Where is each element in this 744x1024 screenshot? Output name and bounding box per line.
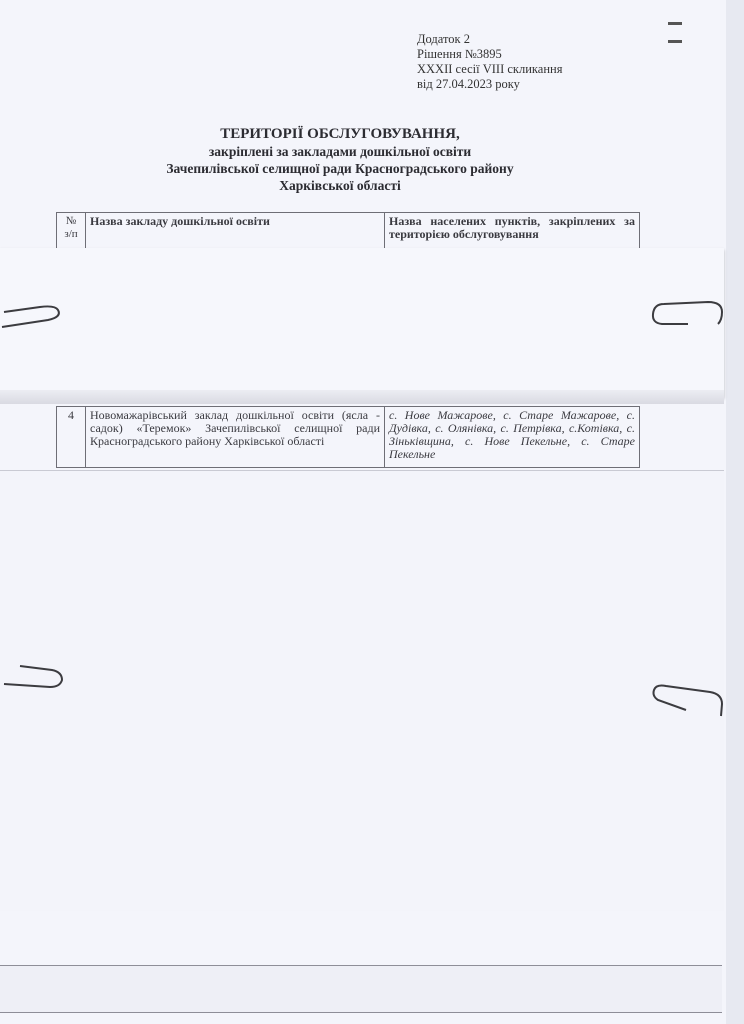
header-settlements: Назва населених пунктів, закріплених за … bbox=[385, 213, 640, 250]
title-line-4: Харківської області bbox=[60, 177, 620, 194]
settlements-list: с. Нове Мажарове, с. Старе Мажарове, с. … bbox=[385, 407, 640, 468]
paperclip-icon bbox=[648, 298, 728, 328]
header-institution: Назва закладу дошкільної освіти bbox=[86, 213, 385, 250]
title-line-2: закріплені за закладами дошкільної освіт… bbox=[60, 143, 620, 160]
paper-fold-shadow bbox=[0, 390, 724, 404]
lower-paper bbox=[0, 470, 724, 911]
table-row: 4 Новомажарівський заклад дошкільної осв… bbox=[56, 406, 640, 468]
paperclip-icon bbox=[0, 305, 70, 335]
title-line-3: Зачепилівської селищної ради Красноградс… bbox=[60, 160, 620, 177]
header-number: № з/п bbox=[57, 213, 86, 250]
page-edge bbox=[726, 0, 744, 1024]
institution-name: Новомажарівський заклад дошкільної освіт… bbox=[86, 407, 385, 468]
table-header: № з/п Назва закладу дошкільної освіти На… bbox=[56, 212, 640, 250]
folded-paper-strip bbox=[0, 248, 724, 397]
row-number: 4 bbox=[57, 407, 86, 468]
decision-date: від 27.04.2023 року bbox=[417, 77, 562, 92]
decision-number: Рішення №3895 bbox=[417, 47, 562, 62]
paperclip-icon bbox=[648, 682, 728, 718]
document-title: ТЕРИТОРІЇ ОБСЛУГОВУВАННЯ, закріплені за … bbox=[60, 126, 620, 194]
annex-line: Додаток 2 bbox=[417, 32, 562, 47]
paperclip-icon bbox=[0, 660, 70, 690]
title-line-1: ТЕРИТОРІЇ ОБСЛУГОВУВАННЯ, bbox=[60, 126, 620, 143]
session-line: XXXII сесії VIII скликання bbox=[417, 62, 562, 77]
annex-header: Додаток 2 Рішення №3895 XXXII сесії VIII… bbox=[417, 32, 562, 92]
bottom-paper-strip bbox=[0, 965, 722, 1013]
pen-marks bbox=[668, 12, 708, 18]
